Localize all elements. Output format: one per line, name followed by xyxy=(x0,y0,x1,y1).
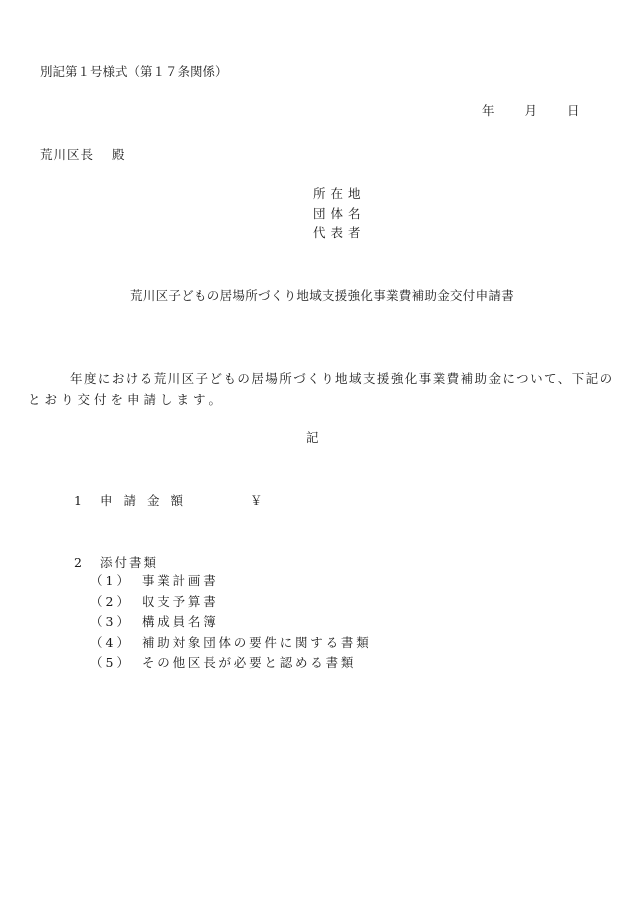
body-paragraph: 年度における荒川区子どもの居場所づくり地域支援強化事業費補助金について、下記の … xyxy=(28,373,588,415)
body-line-2: とおり交付を申請します。 xyxy=(28,394,588,415)
list-item: （1）事業計画書 xyxy=(90,575,372,596)
body-line-1: 年度における荒川区子どもの居場所づくり地域支援強化事業費補助金について、下記の xyxy=(28,373,588,394)
addressee: 荒川区長殿 xyxy=(40,149,126,162)
item2-label: 添付書類 xyxy=(100,555,158,570)
document-title: 荒川区子どもの居場所づくり地域支援強化事業費補助金交付申請書 xyxy=(130,290,514,303)
date-month-label: 月 xyxy=(525,105,538,118)
item1-number: 1 xyxy=(74,495,100,508)
date-year-label: 年 xyxy=(482,105,495,118)
list-item: （4）補助対象団体の要件に関する書類 xyxy=(90,637,372,658)
addressee-honorific: 殿 xyxy=(112,147,126,162)
addressee-name: 荒川区長 xyxy=(40,147,94,162)
date-line: 年月日 xyxy=(482,105,580,118)
list-item: （5）その他区長が必要と認める書類 xyxy=(90,657,372,678)
attachments-list: （1）事業計画書 （2）収支予算書 （3）構成員名簿 （4）補助対象団体の要件に… xyxy=(90,575,372,678)
date-day-label: 日 xyxy=(567,105,580,118)
ki-heading: 記 xyxy=(306,432,319,445)
item1-label: 申請金額 xyxy=(100,495,250,508)
item2-number: 2 xyxy=(74,557,100,570)
applicant-representative-label: 代表者 xyxy=(313,227,366,247)
yen-symbol: ￥ xyxy=(250,495,263,508)
applicant-address-label: 所在地 xyxy=(313,188,366,208)
list-item: （2）収支予算書 xyxy=(90,596,372,617)
form-header-note: 別記第１号様式（第１７条関係） xyxy=(40,66,228,79)
applicant-block: 所在地 団体名 代表者 xyxy=(313,188,366,247)
list-item: （3）構成員名簿 xyxy=(90,616,372,637)
item-attachments: 2添付書類 xyxy=(74,557,158,570)
item-application-amount: 1申請金額￥ xyxy=(74,495,263,508)
